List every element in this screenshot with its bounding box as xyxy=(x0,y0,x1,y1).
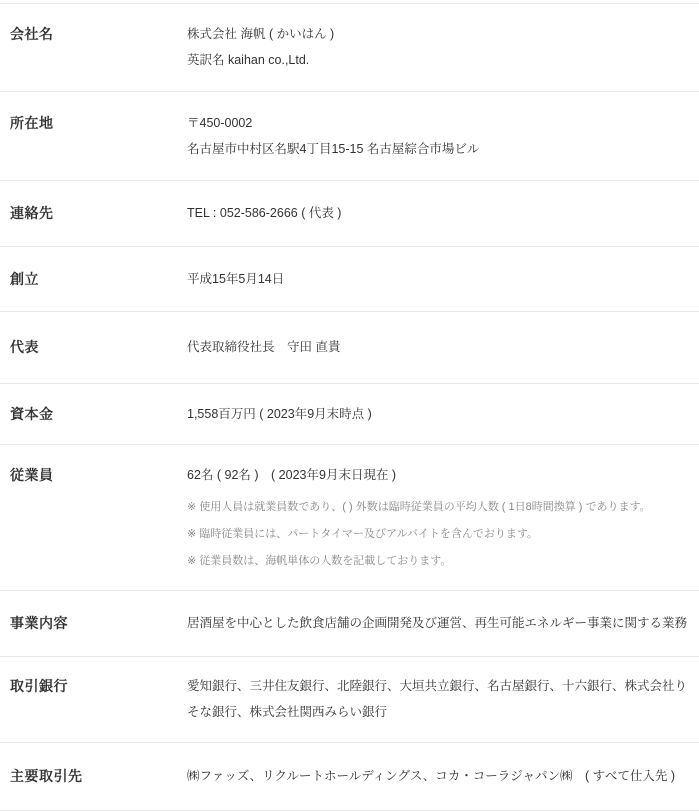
row-label-main-clients: 主要取引先 xyxy=(0,763,187,789)
value-line: ㈱ファッズ、リクルートホールディングス、コカ・コーラジャパン㈱ ( すべて仕入先… xyxy=(187,763,691,789)
value-line: 代表取締役社長 守田 直貴 xyxy=(187,334,691,360)
value-line: 平成15年5月14日 xyxy=(187,266,691,292)
value-line: 愛知銀行、三井住友銀行、北陸銀行、大垣共立銀行、名古屋銀行、十六銀行、株式会社り xyxy=(187,673,691,699)
row-label-contact: 連絡先 xyxy=(0,200,187,226)
row-label-founded: 創立 xyxy=(0,266,187,292)
row-label-employees: 従業員 xyxy=(0,462,187,488)
employee-note: ※ 使用人員は就業員数であり、( ) 外数は臨時従業員の平均人数 ( 1日8時間… xyxy=(187,494,691,521)
profile-row-business: 事業内容 居酒屋を中心とした飲食店舗の企画開発及び運営、再生可能エネルギー事業に… xyxy=(0,590,699,656)
value-line: TEL : 052-586-2666 ( 代表 ) xyxy=(187,200,691,226)
value-line: 株式会社 海帆 ( かいはん ) xyxy=(187,21,691,47)
row-label-business: 事業内容 xyxy=(0,610,187,636)
row-value-employees: 62名 ( 92名 ) ( 2023年9月末日現在 ) ※ 使用人員は就業員数で… xyxy=(187,462,699,575)
profile-row-address: 所在地 〒450-0002 名古屋市中村区名駅4丁目15-15 名古屋綜合市場ビ… xyxy=(0,91,699,180)
row-value-company-name: 株式会社 海帆 ( かいはん ) 英訳名 kaihan co.,Ltd. xyxy=(187,21,699,73)
profile-row-company-name: 会社名 株式会社 海帆 ( かいはん ) 英訳名 kaihan co.,Ltd. xyxy=(0,3,699,91)
row-value-address: 〒450-0002 名古屋市中村区名駅4丁目15-15 名古屋綜合市場ビル xyxy=(187,110,699,162)
row-value-main-clients: ㈱ファッズ、リクルートホールディングス、コカ・コーラジャパン㈱ ( すべて仕入先… xyxy=(187,763,699,789)
value-line: 居酒屋を中心とした飲食店舗の企画開発及び運営、再生可能エネルギー事業に関する業務 xyxy=(187,610,691,636)
profile-row-representative: 代表 代表取締役社長 守田 直貴 xyxy=(0,311,699,383)
employee-note: ※ 臨時従業員には、パートタイマー及びアルバイトを含んでおります。 xyxy=(187,521,691,548)
employee-note: ※ 従業員数は、海帆単体の人数を記載しております。 xyxy=(187,548,691,575)
row-label-capital: 資本金 xyxy=(0,401,187,427)
value-line: 1,558百万円 ( 2023年9月末時点 ) xyxy=(187,401,691,427)
value-line: 英訳名 kaihan co.,Ltd. xyxy=(187,47,691,73)
row-value-banks: 愛知銀行、三井住友銀行、北陸銀行、大垣共立銀行、名古屋銀行、十六銀行、株式会社り… xyxy=(187,673,699,725)
row-value-capital: 1,558百万円 ( 2023年9月末時点 ) xyxy=(187,401,699,427)
row-label-banks: 取引銀行 xyxy=(0,673,187,699)
row-value-contact: TEL : 052-586-2666 ( 代表 ) xyxy=(187,200,699,226)
value-line: 名古屋市中村区名駅4丁目15-15 名古屋綜合市場ビル xyxy=(187,136,691,162)
row-label-company-name: 会社名 xyxy=(0,21,187,47)
profile-row-banks: 取引銀行 愛知銀行、三井住友銀行、北陸銀行、大垣共立銀行、名古屋銀行、十六銀行、… xyxy=(0,656,699,742)
row-label-representative: 代表 xyxy=(0,334,187,360)
company-profile-table: 会社名 株式会社 海帆 ( かいはん ) 英訳名 kaihan co.,Ltd.… xyxy=(0,3,699,811)
value-line: 62名 ( 92名 ) ( 2023年9月末日現在 ) xyxy=(187,462,691,488)
profile-row-main-clients: 主要取引先 ㈱ファッズ、リクルートホールディングス、コカ・コーラジャパン㈱ ( … xyxy=(0,742,699,810)
profile-row-founded: 創立 平成15年5月14日 xyxy=(0,246,699,311)
employee-notes: ※ 使用人員は就業員数であり、( ) 外数は臨時従業員の平均人数 ( 1日8時間… xyxy=(187,494,691,575)
profile-row-capital: 資本金 1,558百万円 ( 2023年9月末時点 ) xyxy=(0,383,699,444)
row-value-founded: 平成15年5月14日 xyxy=(187,266,699,292)
row-value-business: 居酒屋を中心とした飲食店舗の企画開発及び運営、再生可能エネルギー事業に関する業務 xyxy=(187,610,699,636)
value-line: そな銀行、株式会社関西みらい銀行 xyxy=(187,699,691,725)
row-label-address: 所在地 xyxy=(0,110,187,136)
profile-row-employees: 従業員 62名 ( 92名 ) ( 2023年9月末日現在 ) ※ 使用人員は就… xyxy=(0,444,699,590)
value-line: 〒450-0002 xyxy=(187,110,691,136)
profile-row-contact: 連絡先 TEL : 052-586-2666 ( 代表 ) xyxy=(0,180,699,246)
row-value-representative: 代表取締役社長 守田 直貴 xyxy=(187,334,699,360)
